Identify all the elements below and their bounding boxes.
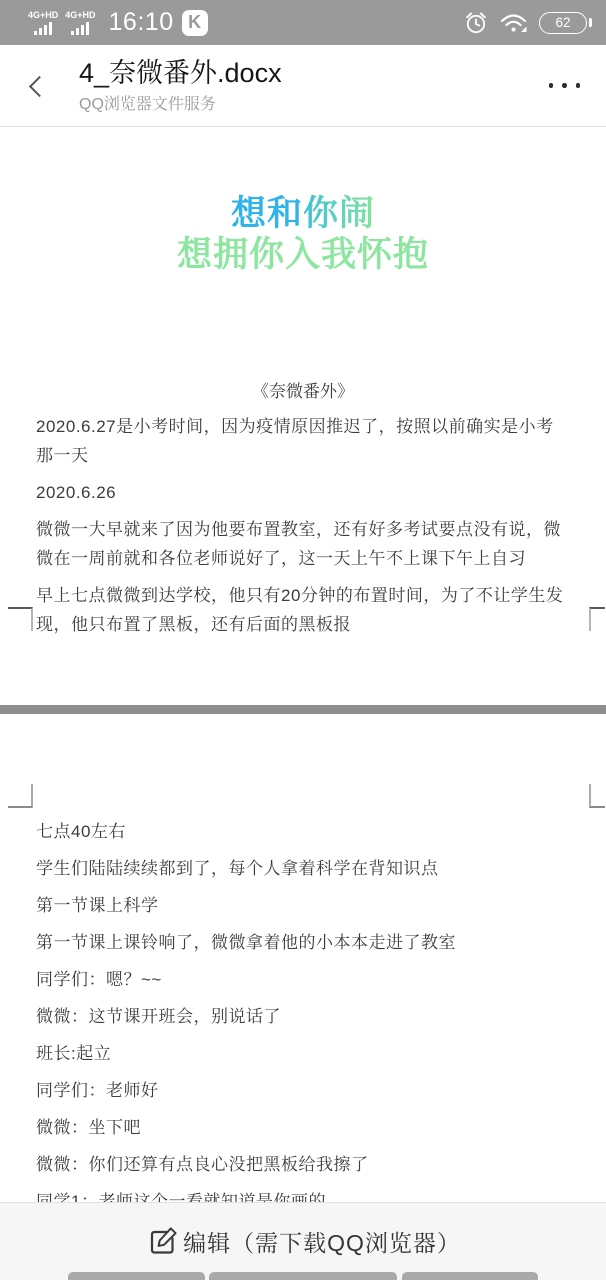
decorated-title-line1: 想和你闹 <box>0 193 606 234</box>
paragraph: 微微：坐下吧 <box>36 1113 570 1142</box>
network-type-label: 4G+HD <box>65 11 95 20</box>
decorated-title: 想和你闹 想拥你入我怀抱 <box>0 127 606 275</box>
document-viewer[interactable]: 想和你闹 想拥你入我怀抱 《奈微番外》 2020.6.27是小考时间，因为疫情原… <box>0 127 606 1202</box>
signal-strength-icon-sim1: 4G+HD <box>28 11 58 35</box>
paragraph: 学生们陆陆续续都到了，每个人拿着科学在背知识点 <box>36 854 570 883</box>
edit-button[interactable]: 编辑（需下载QQ浏览器） <box>145 1225 461 1259</box>
edit-pencil-icon <box>145 1225 179 1259</box>
paragraph: 微微：这节课开班会，别说话了 <box>36 1002 570 1031</box>
paragraph: 早上七点微微到达学校，他只有20分钟的布置时间，为了不让学生发现，他只布置了黑板… <box>36 581 570 639</box>
paragraph: 微微一大早就来了因为他要布置教室，还有好多考试要点没有说，微微在一周前就和各位老… <box>36 515 570 573</box>
kuaishou-app-badge-icon: K <box>182 10 208 36</box>
file-title: 4_奈微番外.docx <box>79 57 282 89</box>
chevron-left-icon <box>29 76 50 97</box>
paragraph: 同学们：嗯？~~ <box>36 965 570 994</box>
story-title: 《奈微番外》 <box>0 377 606 402</box>
file-source-subtitle: QQ浏览器文件服务 <box>79 91 282 114</box>
paragraph: 第一节课上科学 <box>36 891 570 920</box>
paragraph: 2020.6.26 <box>36 478 570 507</box>
clock-time: 16:10 <box>109 8 174 37</box>
page-divider <box>0 705 606 714</box>
page-corner-mark-bottom-right <box>589 607 605 631</box>
back-button[interactable] <box>24 69 55 102</box>
page-corner-mark-top-right <box>589 784 605 808</box>
more-menu-button[interactable] <box>545 73 585 98</box>
paragraph: 班长:起立 <box>36 1039 570 1068</box>
edit-button-label: 编辑（需下载QQ浏览器） <box>183 1225 461 1258</box>
battery-indicator: 62 <box>539 12 592 34</box>
paragraph: 七点40左右 <box>36 817 570 846</box>
more-ellipsis-icon <box>549 83 554 88</box>
wifi-icon <box>500 12 527 33</box>
battery-percent: 62 <box>539 12 587 34</box>
status-bar: 4G+HD 4G+HD 16:10 K 62 <box>0 0 606 45</box>
paragraph: 同学们：老师好 <box>36 1076 570 1105</box>
doc-page-2: 七点40左右 学生们陆陆续续都到了，每个人拿着科学在背知识点 第一节课上科学 第… <box>0 714 606 1202</box>
title-bar: 4_奈微番外.docx QQ浏览器文件服务 <box>0 45 606 127</box>
paragraph: 2020.6.27是小考时间，因为疫情原因推迟了，按照以前确实是小考那一天 <box>36 412 570 470</box>
doc-page-1: 想和你闹 想拥你入我怀抱 《奈微番外》 2020.6.27是小考时间，因为疫情原… <box>0 127 606 705</box>
paragraph: 微微：你们还算有点良心没把黑板给我擦了 <box>36 1150 570 1179</box>
page-corner-mark-bottom-left <box>8 607 33 631</box>
partial-button-strip[interactable] <box>68 1272 205 1280</box>
partial-button-strip[interactable] <box>402 1272 538 1280</box>
page2-paragraphs: 七点40左右 学生们陆陆续续都到了，每个人拿着科学在背知识点 第一节课上科学 第… <box>0 714 606 1216</box>
network-type-label: 4G+HD <box>28 11 58 20</box>
decorated-title-line2: 想拥你入我怀抱 <box>0 234 606 275</box>
paragraph: 第一节课上课铃响了，微微拿着他的小本本走进了教室 <box>36 928 570 957</box>
bottom-action-bar: 编辑（需下载QQ浏览器） <box>0 1202 606 1280</box>
signal-strength-icon-sim2: 4G+HD <box>65 11 95 35</box>
page1-paragraphs: 2020.6.27是小考时间，因为疫情原因推迟了，按照以前确实是小考那一天 20… <box>36 412 570 639</box>
alarm-clock-icon <box>464 11 488 35</box>
page-corner-mark-top-left <box>8 784 33 808</box>
partial-button-strip[interactable] <box>209 1272 397 1280</box>
